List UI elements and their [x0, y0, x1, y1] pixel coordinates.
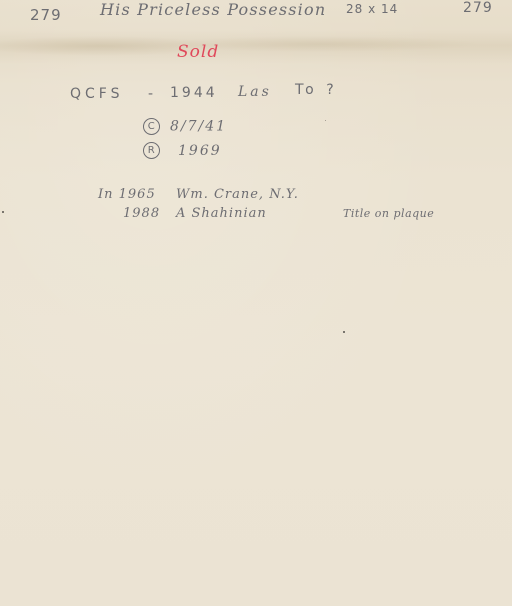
publication-dash: - [148, 86, 155, 102]
catalog-number-left: 279 [30, 6, 62, 24]
publication-note-las: Las [238, 84, 272, 100]
renewal-line: R1969 [143, 142, 222, 159]
publication-note-to: To ? [295, 82, 338, 98]
paper-speck [343, 331, 345, 333]
paper-speck [325, 120, 326, 121]
provenance-prefix-1: In 1965 [98, 187, 156, 202]
catalog-number-right: 279 [463, 0, 493, 16]
provenance-owner-1: Wm. Crane, N.Y. [176, 187, 299, 202]
provenance-prefix-2: 1988 [123, 206, 160, 221]
title-plaque-note: Title on plaque [343, 207, 434, 220]
copyright-date: 8/7/41 [170, 119, 227, 135]
publication-code: QCFS [70, 86, 124, 102]
paper-speck [2, 211, 4, 213]
paper-smudge [0, 30, 512, 64]
provenance-owner-2: A Shahinian [176, 206, 267, 221]
copyright-line: C8/7/41 [143, 118, 227, 135]
artwork-dimensions: 28 x 14 [346, 2, 398, 16]
renewal-year: 1969 [178, 143, 222, 159]
catalog-card: 279 His Priceless Possession 28 x 14 279… [0, 0, 512, 606]
publication-year: 1944 [170, 85, 218, 101]
sold-status: Sold [177, 42, 219, 62]
renewal-icon: R [143, 142, 160, 159]
artwork-title: His Priceless Possession [100, 0, 326, 19]
copyright-icon: C [143, 118, 160, 135]
